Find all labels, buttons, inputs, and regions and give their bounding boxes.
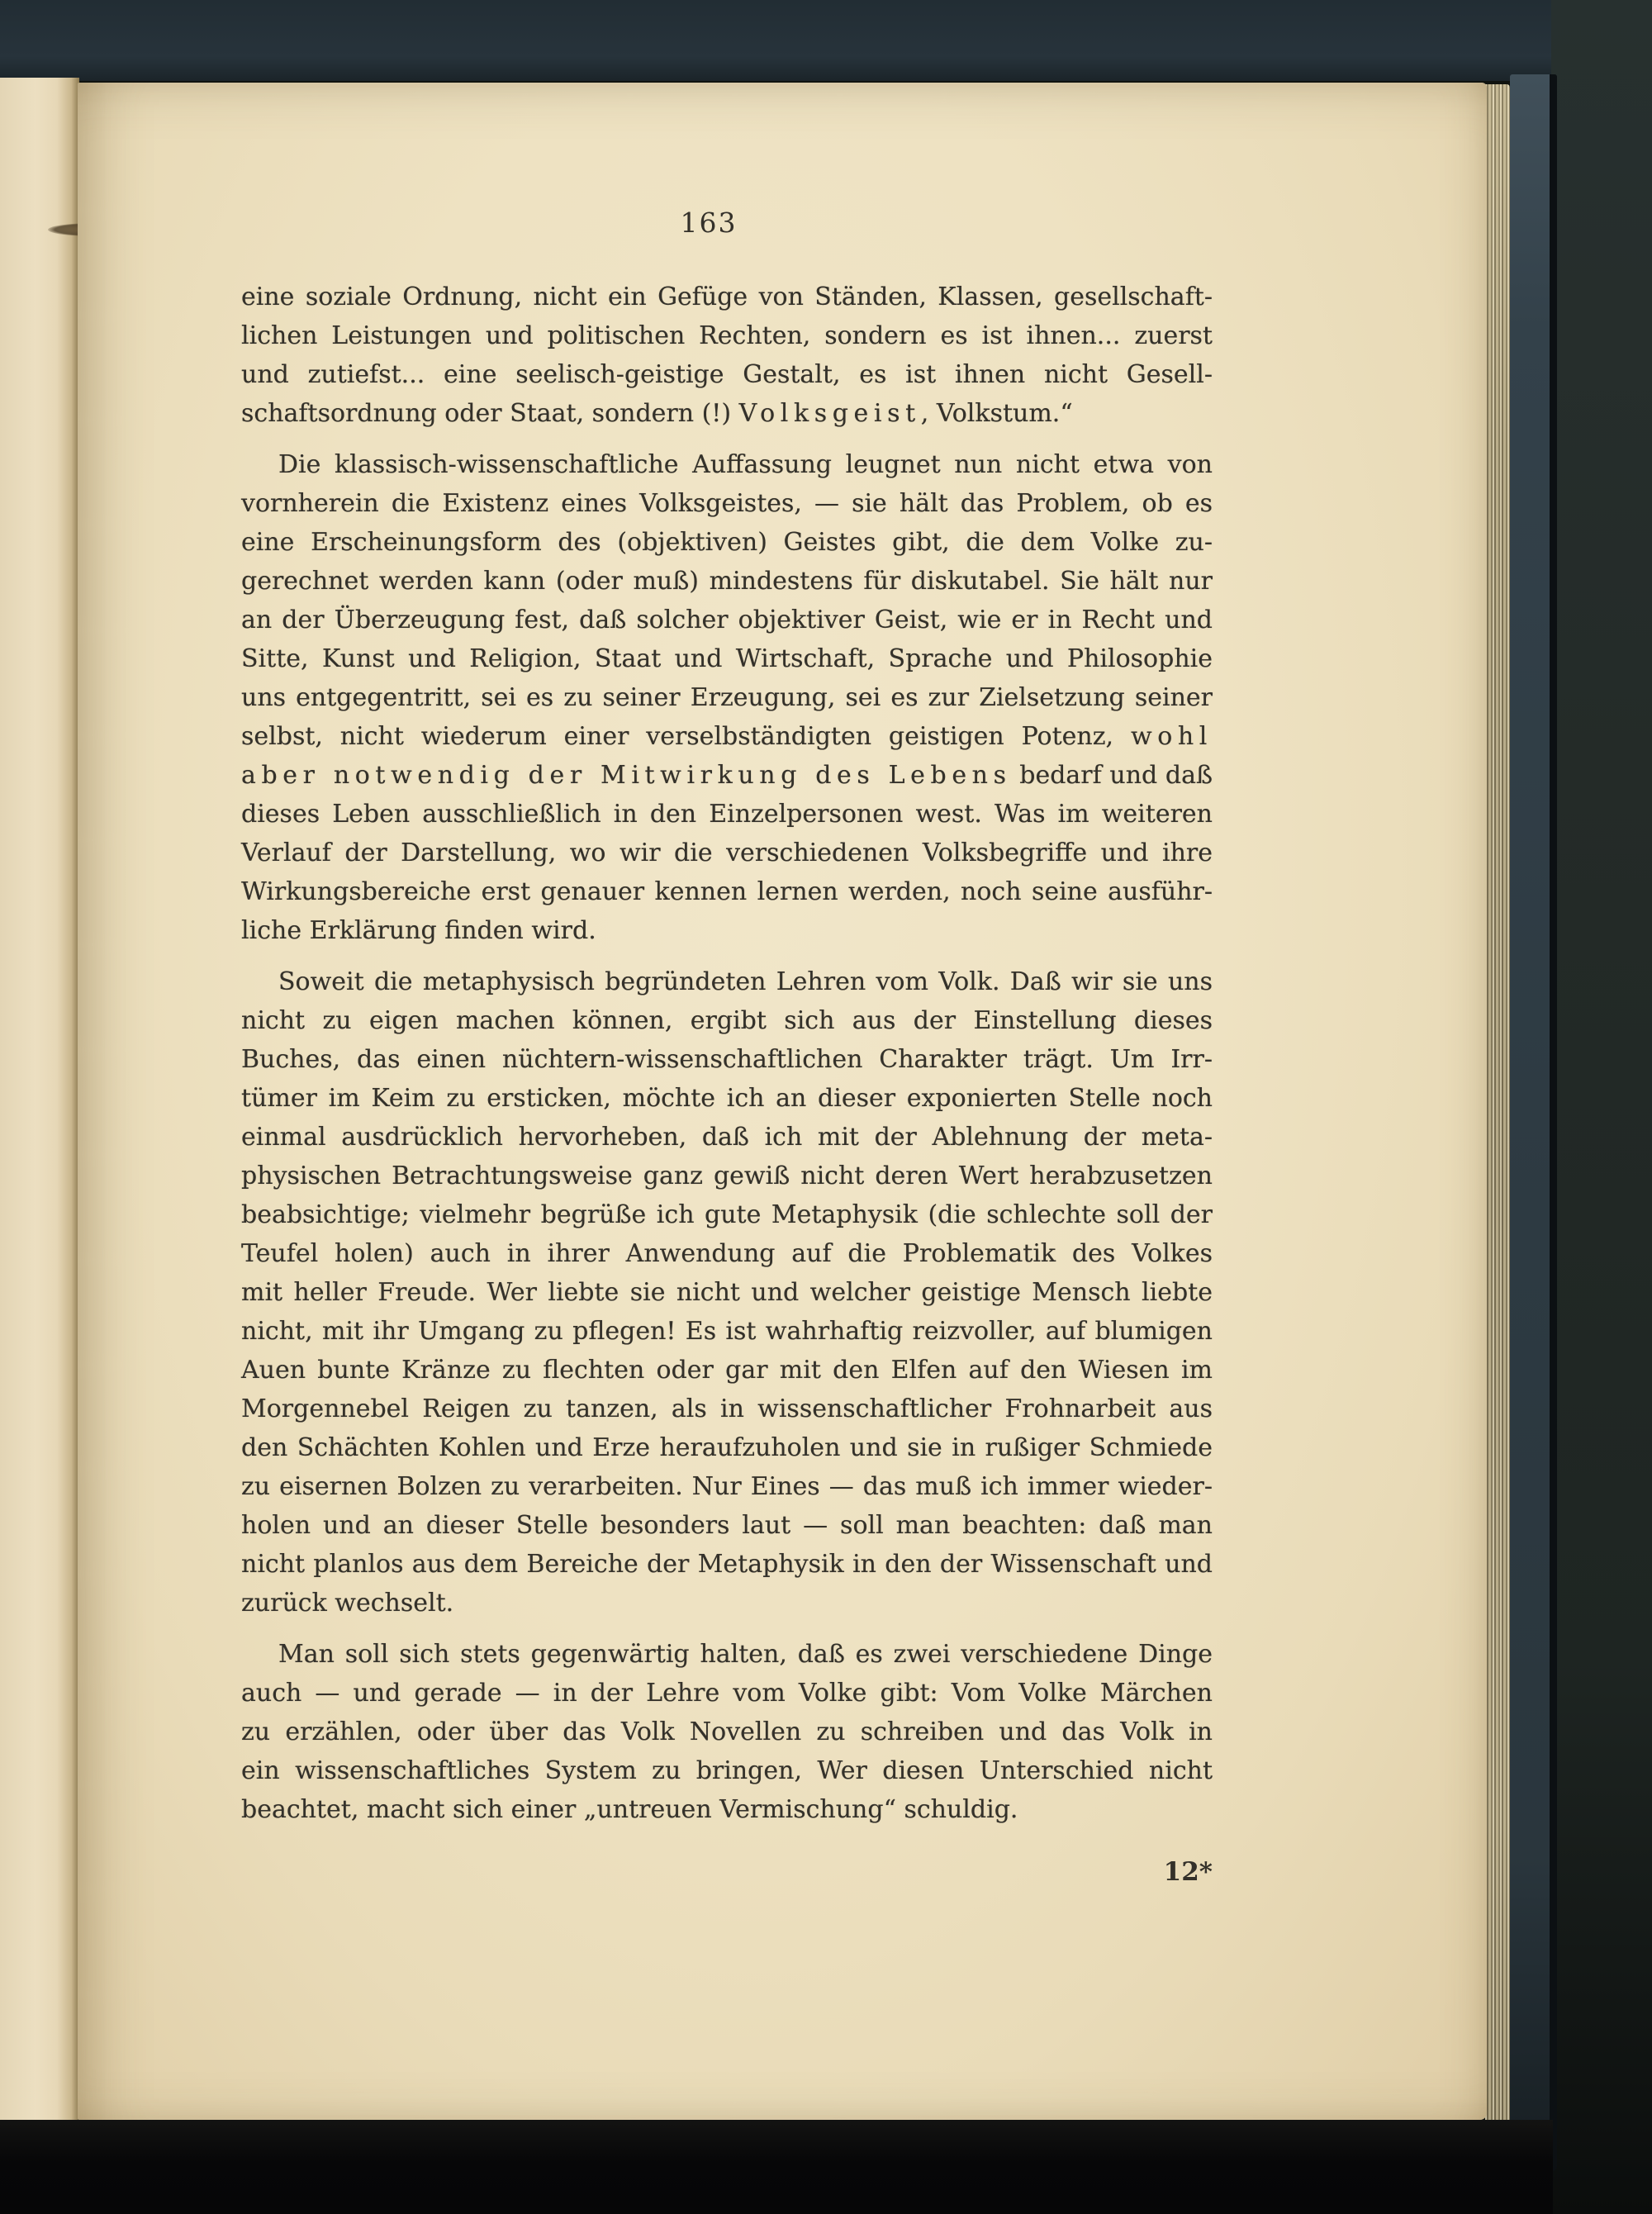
- text-segment: den Schächten Kohlen und Erze heraufzuho…: [241, 1433, 1213, 1462]
- text-line: mit heller Freude. Wer liebte sie nicht …: [241, 1273, 1213, 1312]
- text-line: nicht zu eigen machen können, ergibt sic…: [241, 1001, 1213, 1040]
- text-line: gerechnet werden kann (oder muß) mindest…: [241, 562, 1213, 601]
- text-segment: selbst, nicht wiederum einer verselbstän…: [241, 722, 1131, 751]
- text-segment: Sitte, Kunst und Religion, Staat und Wir…: [241, 644, 1213, 673]
- text-segment: Verlauf der Darstellung, wo wir die vers…: [241, 839, 1213, 867]
- paragraph: Man soll sich stets gegenwärtig halten, …: [241, 1635, 1213, 1829]
- text-segment: Man soll sich stets gegenwärtig halten, …: [278, 1640, 1213, 1669]
- paragraph: Soweit die metaphysisch begründeten Lehr…: [241, 962, 1213, 1622]
- book-photo: { "page": { "number": "163", "signature_…: [0, 0, 1652, 2214]
- text-line: einmal ausdrücklich hervorheben, daß ich…: [241, 1118, 1213, 1157]
- text-line: vornherein die Existenz eines Volksgeist…: [241, 484, 1213, 523]
- text-line: Man soll sich stets gegenwärtig halten, …: [241, 1635, 1213, 1674]
- text-line: liche Erklärung finden wird.: [241, 911, 1213, 950]
- text-line: Wirkungsbereiche erst genauer kennen ler…: [241, 872, 1213, 911]
- text-line: ein wissenschaftliches System zu bringen…: [241, 1751, 1213, 1790]
- page-number: 163: [241, 207, 1176, 239]
- background-right: [1546, 0, 1652, 2214]
- text-line: zu erzählen, oder über das Volk Novellen…: [241, 1713, 1213, 1751]
- letterspaced-emphasis: aber notwendig der Mitwirkung des Lebens: [241, 761, 1012, 790]
- text-line: zu eisernen Bolzen zu verarbeiten. Nur E…: [241, 1467, 1213, 1506]
- text-line: Auen bunte Kränze zu flechten oder gar m…: [241, 1351, 1213, 1390]
- text-line: selbst, nicht wiederum einer verselbstän…: [241, 717, 1213, 756]
- text-line: den Schächten Kohlen und Erze heraufzuho…: [241, 1428, 1213, 1467]
- text-segment: beachtet, macht sich einer „untreuen Ver…: [241, 1795, 1018, 1824]
- text-segment: , Volkstum.“: [921, 399, 1073, 428]
- text-segment: dieses Leben ausschließlich in den Einze…: [241, 800, 1213, 829]
- text-line: schaftsordnung oder Staat, sondern (!) V…: [241, 394, 1213, 433]
- text-segment: schaftsordnung oder Staat, sondern (!): [241, 399, 739, 428]
- text-line: dieses Leben ausschließlich in den Einze…: [241, 795, 1213, 834]
- text-line: nicht, mit ihr Umgang zu pflegen! Es ist…: [241, 1312, 1213, 1351]
- text-segment: eine soziale Ordnung, nicht ein Gefüge v…: [241, 283, 1213, 311]
- text-segment: nicht planlos aus dem Bereiche der Metap…: [241, 1550, 1213, 1579]
- text-segment: Soweit die metaphysisch begründeten Lehr…: [278, 967, 1213, 996]
- book-cover-top: [0, 0, 1551, 81]
- text-line: Buches, das einen nüchtern-wissenschaftl…: [241, 1040, 1213, 1079]
- text-segment: tümer im Keim zu ersticken, möchte ich a…: [241, 1084, 1213, 1113]
- text-line: beachtet, macht sich einer „untreuen Ver…: [241, 1790, 1213, 1829]
- text-segment: ein wissenschaftliches System zu bringen…: [241, 1756, 1213, 1785]
- text-line: Teufel holen) auch in ihrer Anwendung au…: [241, 1234, 1213, 1273]
- text-segment: und zutiefst... eine seelisch-geistige G…: [241, 360, 1213, 389]
- text-line: an der Überzeugung fest, daß solcher obj…: [241, 601, 1213, 639]
- letterspaced-emphasis: Volksgeist: [739, 399, 921, 428]
- text-line: aber notwendig der Mitwirkung des Lebens…: [241, 756, 1213, 795]
- text-segment: holen und an dieser Stelle besonders lau…: [241, 1511, 1213, 1540]
- text-segment: zurück wechselt.: [241, 1589, 453, 1618]
- text-segment: eine Erscheinungsform des (objektiven) G…: [241, 528, 1213, 557]
- text-line: und zutiefst... eine seelisch-geistige G…: [241, 355, 1213, 394]
- book-shadow-bottom: [0, 2120, 1553, 2214]
- text-line: Sitte, Kunst und Religion, Staat und Wir…: [241, 639, 1213, 678]
- text-line: Die klassisch-wissenschaftliche Auffassu…: [241, 445, 1213, 484]
- text-segment: an der Überzeugung fest, daß solcher obj…: [241, 606, 1213, 634]
- text-segment: uns entgegentritt, sei es zu seiner Erze…: [241, 683, 1213, 712]
- text-line: Morgennebel Reigen zu tanzen, als in wis…: [241, 1390, 1213, 1428]
- text-line: beabsichtige; vielmehr begrüße ich gute …: [241, 1195, 1213, 1234]
- text-segment: Morgennebel Reigen zu tanzen, als in wis…: [241, 1394, 1213, 1423]
- text-line: Soweit die metaphysisch begründeten Lehr…: [241, 962, 1213, 1001]
- paragraph: Die klassisch-wissenschaftliche Auffassu…: [241, 445, 1213, 950]
- text-line: zurück wechselt.: [241, 1584, 1213, 1622]
- text-segment: nicht, mit ihr Umgang zu pflegen! Es ist…: [241, 1317, 1213, 1346]
- text-segment: zu eisernen Bolzen zu verarbeiten. Nur E…: [241, 1472, 1213, 1501]
- text-segment: Buches, das einen nüchtern-wissenschaftl…: [241, 1045, 1213, 1074]
- text-line: eine soziale Ordnung, nicht ein Gefüge v…: [241, 278, 1213, 316]
- text-line: lichen Leistungen und politischen Rechte…: [241, 316, 1213, 355]
- book-cover-right-edge: [1510, 74, 1557, 2171]
- text-segment: beabsichtige; vielmehr begrüße ich gute …: [241, 1200, 1213, 1229]
- text-segment: auch — und gerade — in der Lehre vom Vol…: [241, 1679, 1213, 1708]
- main-page: 163 eine soziale Ordnung, nicht ein Gefü…: [78, 83, 1487, 2120]
- text-segment: einmal ausdrücklich hervorheben, daß ich…: [241, 1123, 1213, 1152]
- text-segment: vornherein die Existenz eines Volksgeist…: [241, 489, 1213, 518]
- paragraph: eine soziale Ordnung, nicht ein Gefüge v…: [241, 278, 1213, 433]
- page-edge-stack: [1485, 84, 1510, 2123]
- text-line: holen und an dieser Stelle besonders lau…: [241, 1506, 1213, 1545]
- text-segment: mit heller Freude. Wer liebte sie nicht …: [241, 1278, 1213, 1307]
- text-segment: bedarf und daß: [1012, 761, 1213, 790]
- signature-mark: 12*: [241, 1857, 1213, 1887]
- text-line: nicht planlos aus dem Bereiche der Metap…: [241, 1545, 1213, 1584]
- text-line: uns entgegentritt, sei es zu seiner Erze…: [241, 678, 1213, 717]
- text-segment: Die klassisch-wissenschaftliche Auffassu…: [278, 450, 1213, 479]
- text-segment: gerechnet werden kann (oder muß) mindest…: [241, 567, 1213, 596]
- text-line: Verlauf der Darstellung, wo wir die vers…: [241, 834, 1213, 872]
- text-segment: Teufel holen) auch in ihrer Anwendung au…: [241, 1239, 1213, 1268]
- text-block: eine soziale Ordnung, nicht ein Gefüge v…: [241, 278, 1213, 1829]
- text-segment: Auen bunte Kränze zu flechten oder gar m…: [241, 1356, 1213, 1385]
- text-line: physischen Betrachtungsweise ganz gewiß …: [241, 1157, 1213, 1195]
- text-segment: physischen Betrachtungsweise ganz gewiß …: [241, 1162, 1213, 1190]
- text-segment: zu erzählen, oder über das Volk Novellen…: [241, 1718, 1213, 1746]
- text-segment: lichen Leistungen und politischen Rechte…: [241, 321, 1213, 350]
- previous-page: [0, 78, 79, 2136]
- letterspaced-emphasis: wohl: [1131, 722, 1213, 751]
- text-segment: liche Erklärung finden wird.: [241, 916, 596, 945]
- text-line: auch — und gerade — in der Lehre vom Vol…: [241, 1674, 1213, 1713]
- text-line: tümer im Keim zu ersticken, möchte ich a…: [241, 1079, 1213, 1118]
- text-segment: nicht zu eigen machen können, ergibt sic…: [241, 1006, 1213, 1035]
- text-segment: Wirkungsbereiche erst genauer kennen ler…: [241, 877, 1213, 906]
- text-line: eine Erscheinungsform des (objektiven) G…: [241, 523, 1213, 562]
